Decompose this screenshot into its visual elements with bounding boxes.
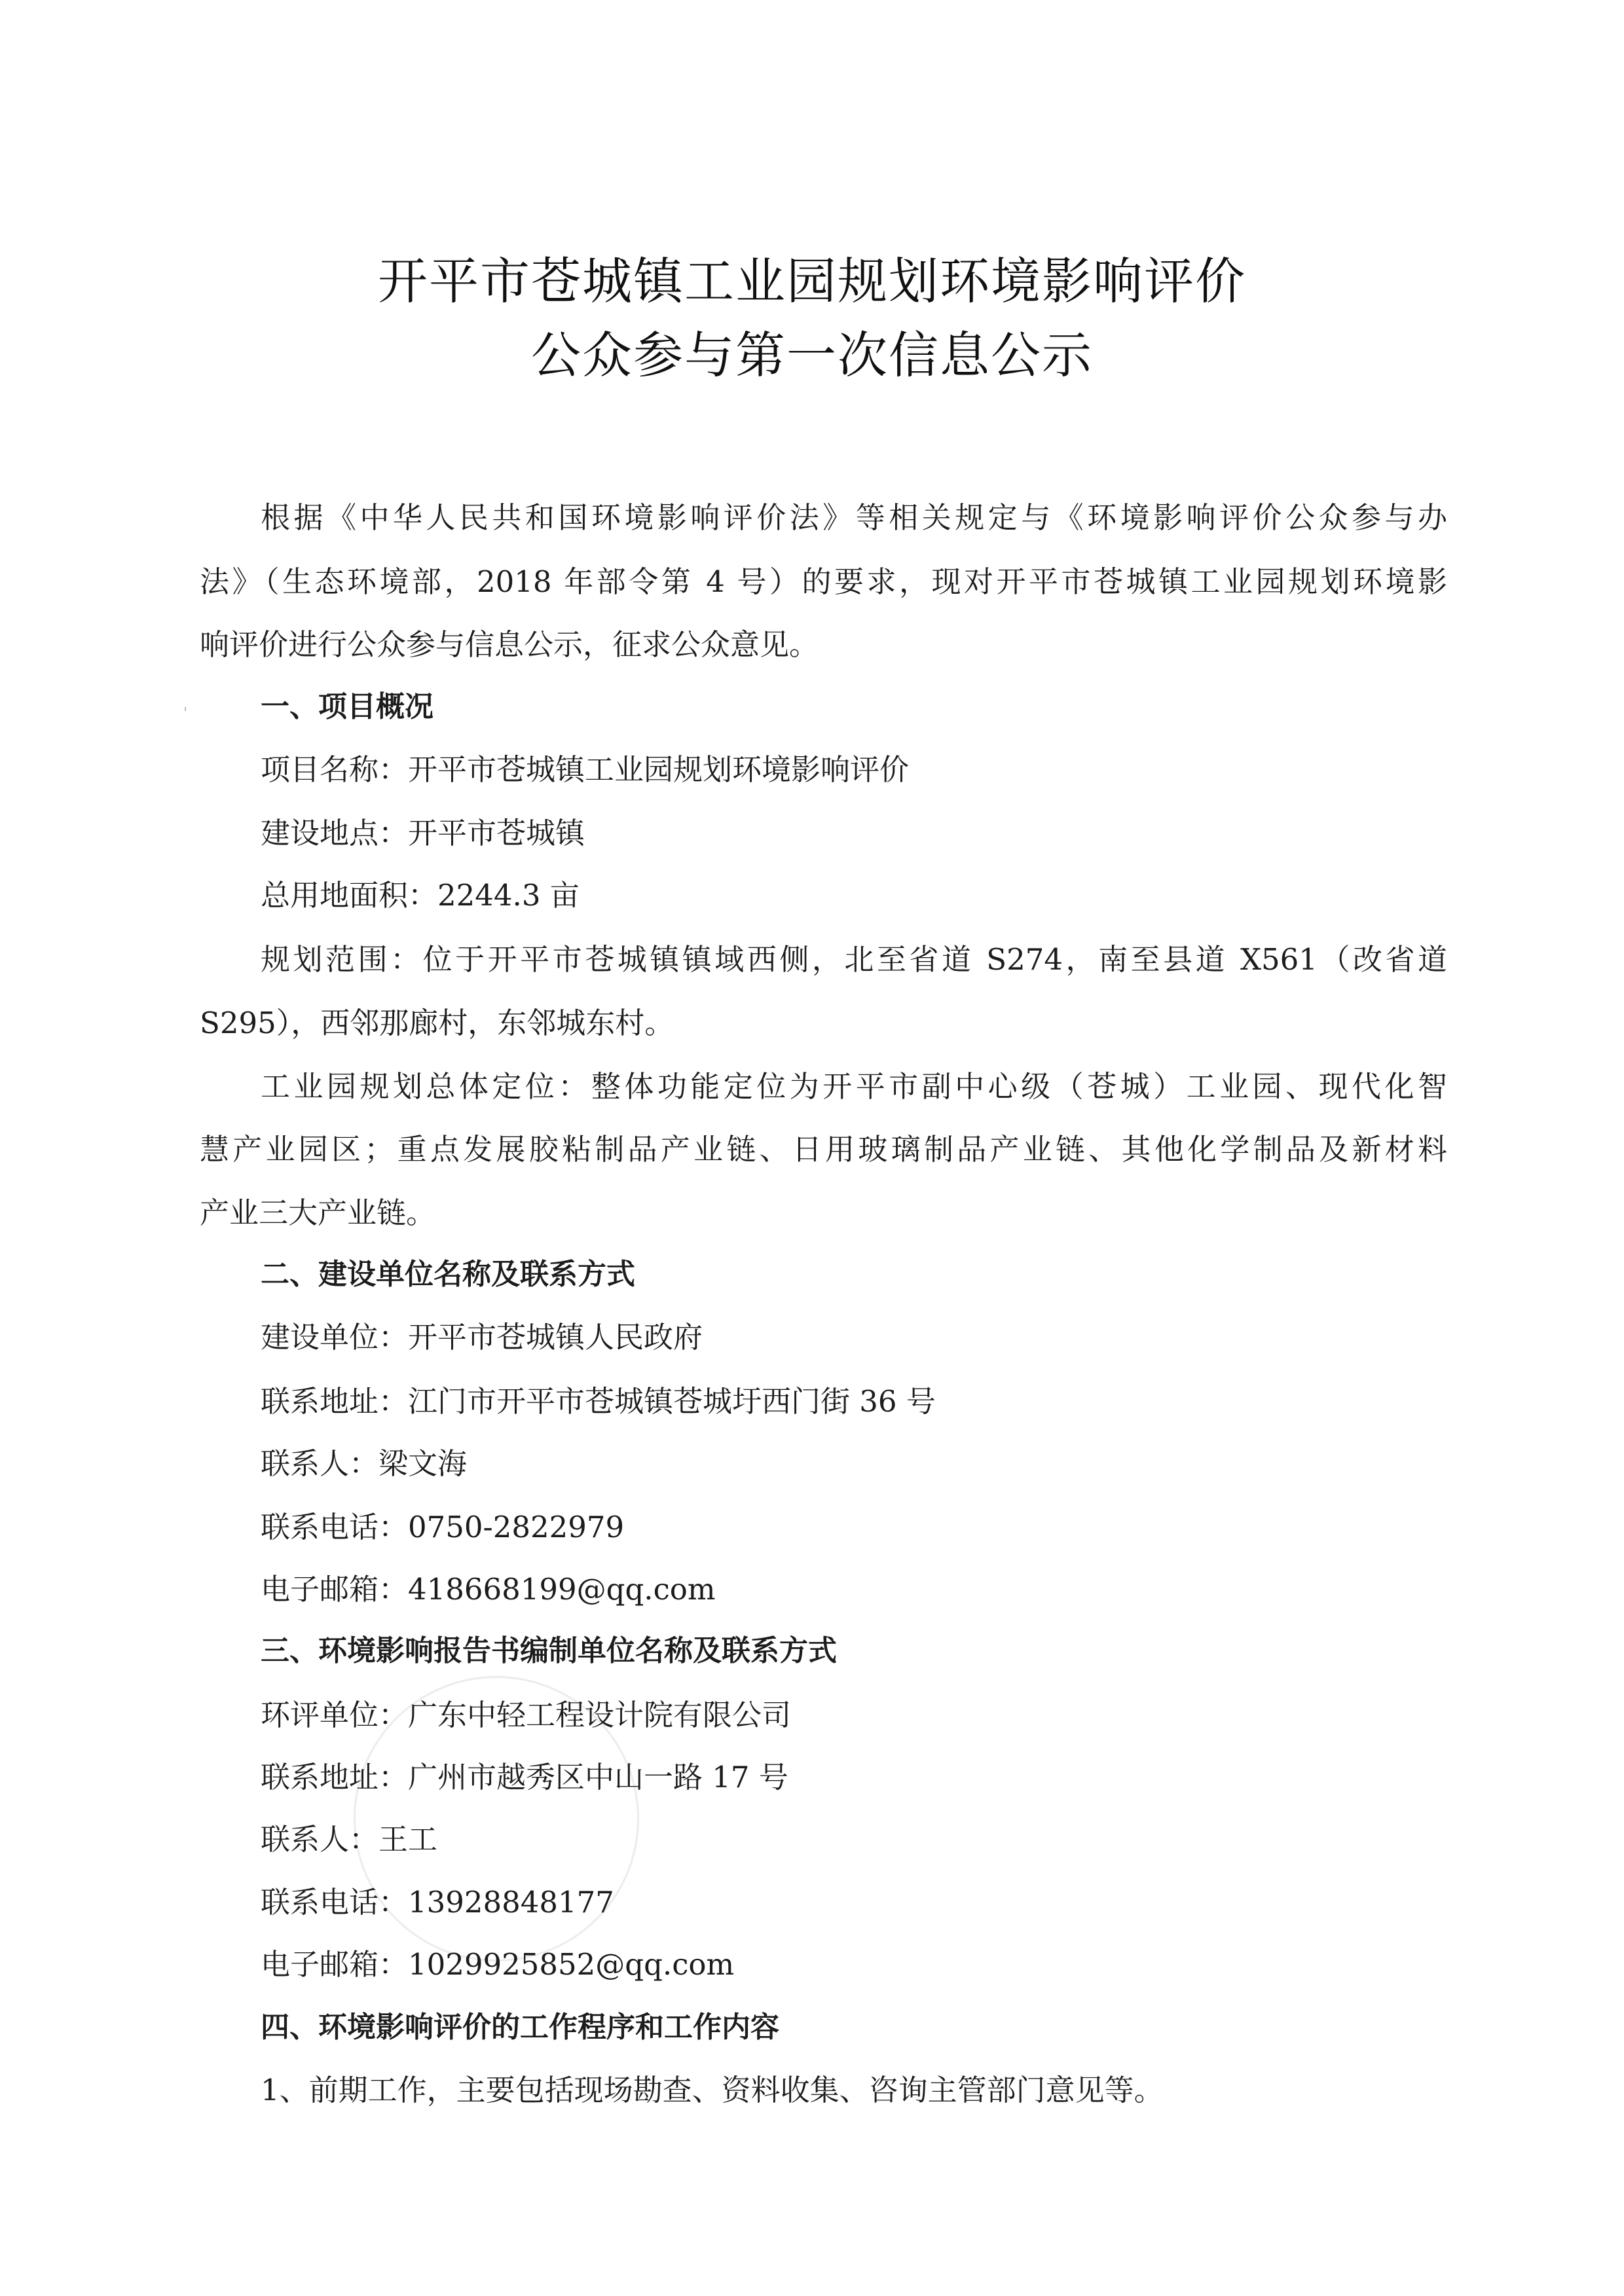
section-4-heading: 四、环境影响评价的工作程序和工作内容 <box>261 2013 1508 2042</box>
intro-line-3: 响评价进行公众参与信息公示，征求公众意见。 <box>200 630 1447 659</box>
title-line-1: 开平市苍城镇工业园规划环境影响评价 <box>0 257 1624 306</box>
planning-scope-line-1: 规划范围：位于开平市苍城镇镇域西侧，北至省道 S274，南至县道 X561（改省… <box>261 945 1447 974</box>
intro-line-2: 法》（生态环境部，2018 年部令第 4 号）的要求，现对开平市苍城镇工业园规划… <box>200 567 1447 596</box>
eia-address: 联系地址：广州市越秀区中山一路 17 号 <box>261 1762 1508 1792</box>
positioning-line-3: 产业三大产业链。 <box>200 1198 1447 1228</box>
builder-unit: 建设单位：开平市苍城镇人民政府 <box>261 1322 1508 1352</box>
builder-address: 联系地址：江门市开平市苍城镇苍城圩西门街 36 号 <box>261 1387 1508 1416</box>
intro-line-1: 根据《中华人民共和国环境影响评价法》等相关规定与《环境影响评价公众参与办 <box>261 503 1447 532</box>
title-line-2: 公众参与第一次信息公示 <box>0 331 1624 380</box>
builder-contact: 联系人：梁文海 <box>261 1449 1508 1478</box>
eia-unit: 环评单位：广东中轻工程设计院有限公司 <box>261 1700 1508 1730</box>
document-page: 开平市苍城镇工业园规划环境影响评价 公众参与第一次信息公示 根据《中华人民共和国… <box>0 0 1624 2296</box>
total-land-area: 总用地面积：2244.3 亩 <box>261 881 1508 910</box>
eia-email: 电子邮箱：1029925852@qq.com <box>261 1950 1508 1979</box>
section-1-heading: 一、项目概况 <box>261 693 1508 721</box>
builder-email: 电子邮箱：418668199@qq.com <box>261 1575 1508 1604</box>
construction-location: 建设地点：开平市苍城镇 <box>261 818 1508 848</box>
positioning-line-1: 工业园规划总体定位：整体功能定位为开平市副中心级（苍城）工业园、现代化智 <box>261 1072 1447 1101</box>
scan-speck <box>185 707 186 711</box>
section-2-heading: 二、建设单位名称及联系方式 <box>261 1260 1508 1289</box>
builder-phone: 联系电话：0750-2822979 <box>261 1512 1508 1542</box>
work-item-1: 1、前期工作，主要包括现场勘查、资料收集、咨询主管部门意见等。 <box>261 2075 1508 2105</box>
section-3-heading: 三、环境影响报告书编制单位名称及联系方式 <box>261 1637 1508 1666</box>
positioning-line-2: 慧产业园区；重点发展胶粘制品产业链、日用玻璃制品产业链、其他化学制品及新材料 <box>200 1135 1447 1164</box>
planning-scope-line-2: S295），西邻那廊村，东邻城东村。 <box>200 1008 1447 1038</box>
eia-phone: 联系电话：13928848177 <box>261 1887 1508 1917</box>
project-name: 项目名称：开平市苍城镇工业园规划环境影响评价 <box>261 755 1508 784</box>
eia-contact: 联系人：王工 <box>261 1825 1508 1854</box>
